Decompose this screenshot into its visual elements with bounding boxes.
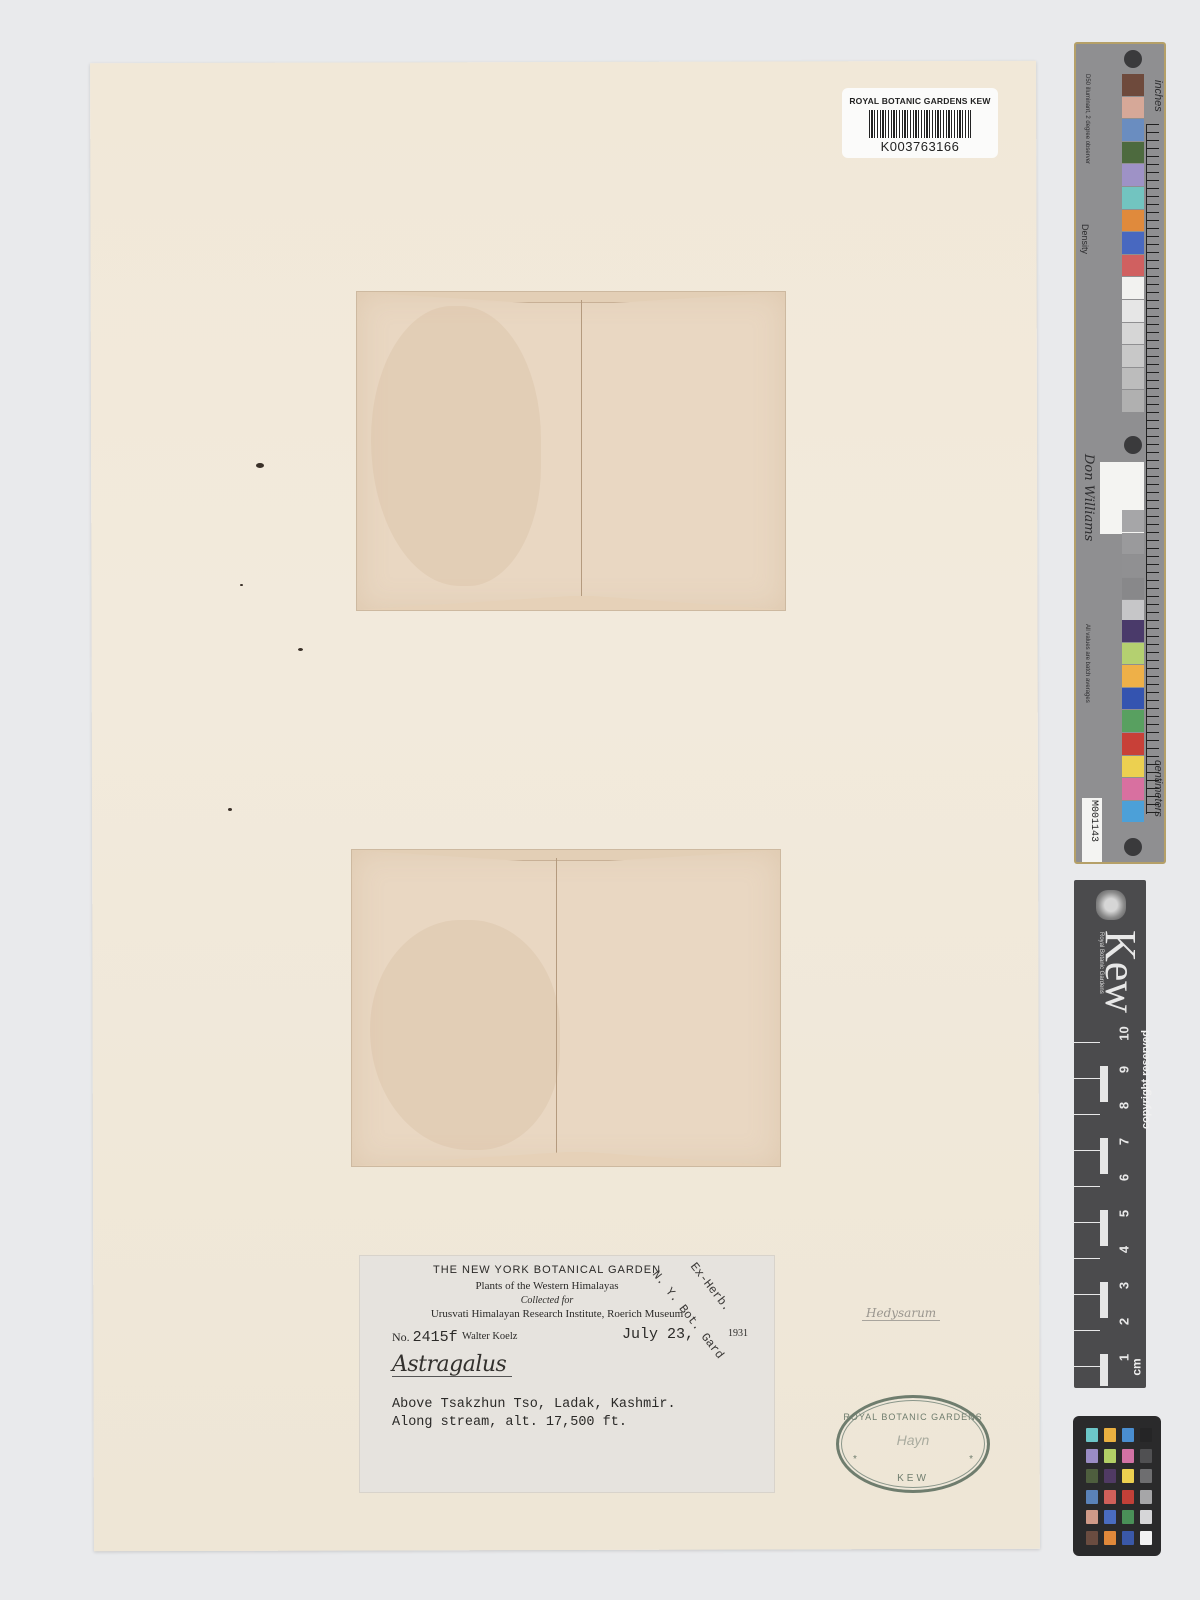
number-value: 2415f — [413, 1329, 458, 1346]
checker-swatch — [1104, 1449, 1116, 1463]
color-patch — [1122, 533, 1144, 555]
upper-specimen-envelope[interactable] — [356, 291, 786, 611]
checker-swatch — [1104, 1428, 1116, 1442]
checker-swatch — [1122, 1510, 1134, 1524]
checker-swatch — [1122, 1469, 1134, 1483]
water-stain — [371, 306, 541, 586]
scale-tick — [1074, 1366, 1100, 1367]
water-stain — [370, 920, 560, 1150]
scale-tick — [1074, 1078, 1100, 1079]
locality: Above Tsakzhun Tso, Ladak, Kashmir. Alon… — [392, 1396, 676, 1432]
color-patch — [1122, 733, 1144, 755]
checker-swatch — [1140, 1490, 1152, 1504]
color-patch — [1122, 345, 1144, 367]
checker-swatch — [1122, 1428, 1134, 1442]
color-patch — [1122, 665, 1144, 687]
color-patch — [1122, 778, 1144, 800]
checker-swatch — [1140, 1428, 1152, 1442]
scale-tick — [1074, 1114, 1100, 1115]
color-patch — [1122, 756, 1144, 778]
color-patch — [1122, 390, 1144, 412]
barcode-number: K003763166 — [842, 139, 998, 154]
scale-segment — [1100, 1246, 1108, 1282]
scale-tick — [1074, 1258, 1100, 1259]
label-institution: Urusvati Himalayan Research Institute, R… — [360, 1308, 774, 1320]
scale-tick — [1074, 1330, 1100, 1331]
color-calibration-bar: inches D50 illuminant, 2 degree observer… — [1074, 42, 1166, 864]
label-header: THE NEW YORK BOTANICAL GARDEN — [360, 1264, 774, 1276]
scale-tick — [1074, 1186, 1100, 1187]
scale-tick-label: 10 — [1117, 1024, 1132, 1044]
scale-tick — [1074, 1294, 1100, 1295]
color-patch — [1122, 187, 1144, 209]
checker-swatch — [1104, 1469, 1116, 1483]
color-patch — [1122, 368, 1144, 390]
hole-icon — [1124, 50, 1142, 68]
checker-swatch — [1086, 1428, 1098, 1442]
kew-herbarium-stamp: ROYAL BOTANIC GARDENS Hayn * * KEW — [836, 1395, 990, 1493]
don-williams-logo: Don Williams — [1081, 454, 1096, 541]
collection-number: No. 2415f — [392, 1329, 458, 1346]
barcode-label: ROYAL BOTANIC GARDENS KEW K003763166 — [842, 88, 998, 158]
checker-swatch — [1086, 1531, 1098, 1545]
color-patch — [1122, 801, 1144, 823]
scale-tick-label: 6 — [1117, 1168, 1132, 1188]
unit-label: cm — [1130, 1358, 1144, 1375]
color-patch — [1122, 510, 1144, 532]
color-patch — [1122, 620, 1144, 642]
color-patch — [1122, 710, 1144, 732]
scale-tick — [1074, 1042, 1100, 1043]
specimen-label: THE NEW YORK BOTANICAL GARDEN Plants of … — [359, 1255, 775, 1493]
debris-speck — [298, 648, 303, 651]
scale-segment — [1100, 1318, 1108, 1354]
color-patch — [1122, 210, 1144, 232]
debris-speck — [240, 584, 243, 586]
kew-brand: Kew — [1095, 930, 1146, 1013]
scale-tick-label: 4 — [1117, 1240, 1132, 1260]
collector-name: Walter Koelz — [462, 1331, 517, 1342]
scale-segment — [1100, 1030, 1108, 1066]
envelope-seam — [581, 300, 582, 600]
scale-tick-label: 9 — [1117, 1060, 1132, 1080]
scale-segment — [1100, 1102, 1108, 1138]
star-icon: * — [969, 1454, 973, 1465]
color-patch — [1122, 300, 1144, 322]
checker-swatch — [1086, 1510, 1098, 1524]
color-patch — [1122, 97, 1144, 119]
star-icon: * — [853, 1454, 857, 1465]
checker-swatch — [1104, 1531, 1116, 1545]
stamp-bottom-text: KEW — [839, 1473, 987, 1484]
lower-specimen-envelope[interactable] — [351, 849, 781, 1167]
batch-averages-text: All values are batch averages — [1084, 624, 1090, 703]
checker-swatch — [1140, 1449, 1152, 1463]
checker-swatch — [1122, 1449, 1134, 1463]
checker-swatch — [1086, 1490, 1098, 1504]
checker-swatch — [1086, 1449, 1098, 1463]
envelope-bottom-flap — [352, 1152, 780, 1166]
inches-label: inches — [1152, 80, 1164, 112]
scale-tick-label: 8 — [1117, 1096, 1132, 1116]
color-patch — [1122, 232, 1144, 254]
debris-speck — [228, 808, 232, 811]
color-patch — [1122, 643, 1144, 665]
kew-scale-bar: Royal Botanic Gardens Kew copyright rese… — [1074, 880, 1146, 1388]
scale-tick-label: 2 — [1117, 1312, 1132, 1332]
hole-icon — [1124, 436, 1142, 454]
color-checker-card — [1073, 1416, 1161, 1556]
color-patch — [1122, 74, 1144, 96]
barcode-institution: ROYAL BOTANIC GARDENS KEW — [842, 96, 998, 106]
checker-swatch — [1086, 1469, 1098, 1483]
scale-tick-label: 3 — [1117, 1276, 1132, 1296]
scale-tick-label: 5 — [1117, 1204, 1132, 1224]
color-patch — [1122, 255, 1144, 277]
debris-speck — [256, 463, 264, 468]
copyright-text: copyright reserved — [1140, 1030, 1152, 1129]
stamp-middle-text: Hayn — [839, 1432, 987, 1448]
scale-tick — [1074, 1222, 1100, 1223]
kew-crest-icon — [1096, 890, 1126, 920]
color-patch — [1122, 578, 1144, 600]
envelope-seam — [556, 858, 557, 1156]
hole-icon — [1124, 838, 1142, 856]
locality-line-1: Above Tsakzhun Tso, Ladak, Kashmir. — [392, 1396, 676, 1414]
color-patch — [1122, 164, 1144, 186]
scale-segment — [1100, 1174, 1108, 1210]
scale-tick-label: 1 — [1117, 1348, 1132, 1368]
checker-swatch — [1140, 1531, 1152, 1545]
density-label: Density — [1080, 224, 1090, 254]
taxon-name: Astragalus — [392, 1354, 512, 1377]
color-patch — [1122, 142, 1144, 164]
barcode-icon — [869, 110, 971, 138]
number-prefix: No. — [392, 1330, 410, 1344]
scale-tick — [1074, 1150, 1100, 1151]
collection-year: 1931 — [728, 1328, 748, 1339]
checker-swatch — [1122, 1531, 1134, 1545]
inch-ruler — [1146, 124, 1159, 814]
stamp-top-text: ROYAL BOTANIC GARDENS — [839, 1412, 987, 1422]
scale-tick-label: 7 — [1117, 1132, 1132, 1152]
color-patch — [1122, 277, 1144, 299]
illuminant-text: D50 illuminant, 2 degree observer — [1084, 74, 1090, 164]
pencil-determination: Hedysarum — [862, 1306, 940, 1321]
checker-swatch — [1104, 1510, 1116, 1524]
color-patch — [1122, 323, 1144, 345]
color-patch — [1122, 119, 1144, 141]
checker-swatch — [1140, 1469, 1152, 1483]
color-patch — [1122, 688, 1144, 710]
checker-swatch — [1140, 1510, 1152, 1524]
locality-line-2: Along stream, alt. 17,500 ft. — [392, 1414, 676, 1432]
envelope-bottom-flap — [357, 596, 785, 610]
envelope-top-flap — [352, 850, 780, 861]
envelope-top-flap — [357, 292, 785, 303]
collection-date: July 23, — [622, 1326, 694, 1343]
checker-swatch — [1104, 1490, 1116, 1504]
checker-swatch — [1122, 1490, 1134, 1504]
color-patch — [1122, 555, 1144, 577]
chart-code: M001143 — [1082, 798, 1102, 862]
color-patch — [1122, 600, 1144, 622]
